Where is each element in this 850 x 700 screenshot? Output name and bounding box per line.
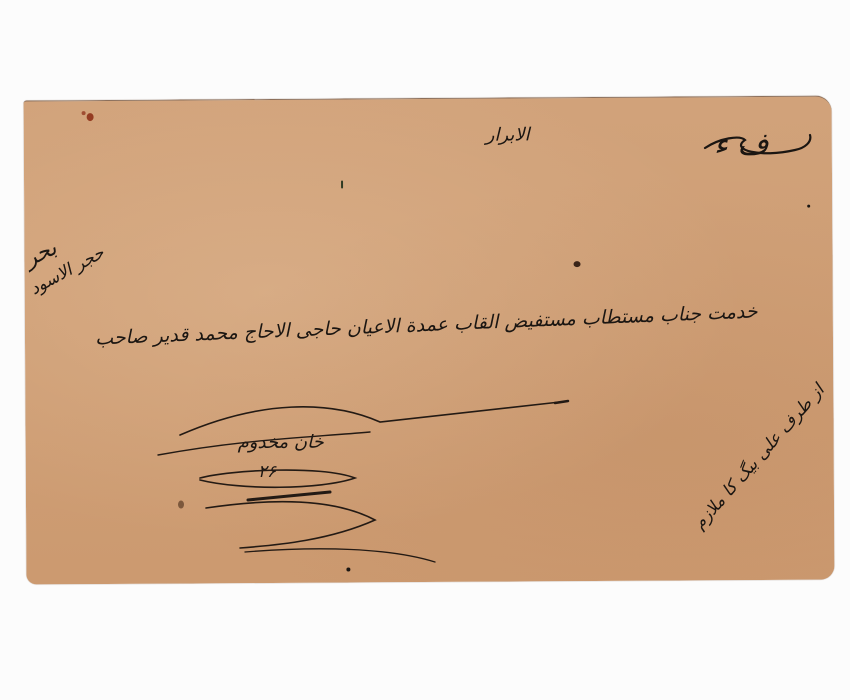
ink-stain: [82, 111, 86, 115]
ink-speck: [574, 261, 581, 267]
ink-speck: [341, 181, 343, 189]
ink-speck: [178, 500, 184, 508]
ink-speck: [807, 205, 810, 208]
scanned-page: الابرار ف ء خدمت جناب مستطاب مستفیض القا…: [0, 0, 850, 700]
sender-note: از طرف علی بیگ کا ملازم: [690, 381, 829, 534]
envelope: الابرار ف ء خدمت جناب مستطاب مستفیض القا…: [24, 96, 835, 585]
corner-mark: ف ء: [714, 127, 769, 162]
destination-line-2: ۲۶: [258, 462, 276, 482]
destination-line-1: خان مخدوم: [238, 432, 324, 454]
invocation-text: الابرار: [486, 124, 530, 145]
address-line: خدمت جناب مستطاب مستفیض القاب عمدة الاعی…: [95, 300, 758, 349]
ink-stain: [87, 113, 94, 121]
ink-speck: [346, 567, 350, 571]
